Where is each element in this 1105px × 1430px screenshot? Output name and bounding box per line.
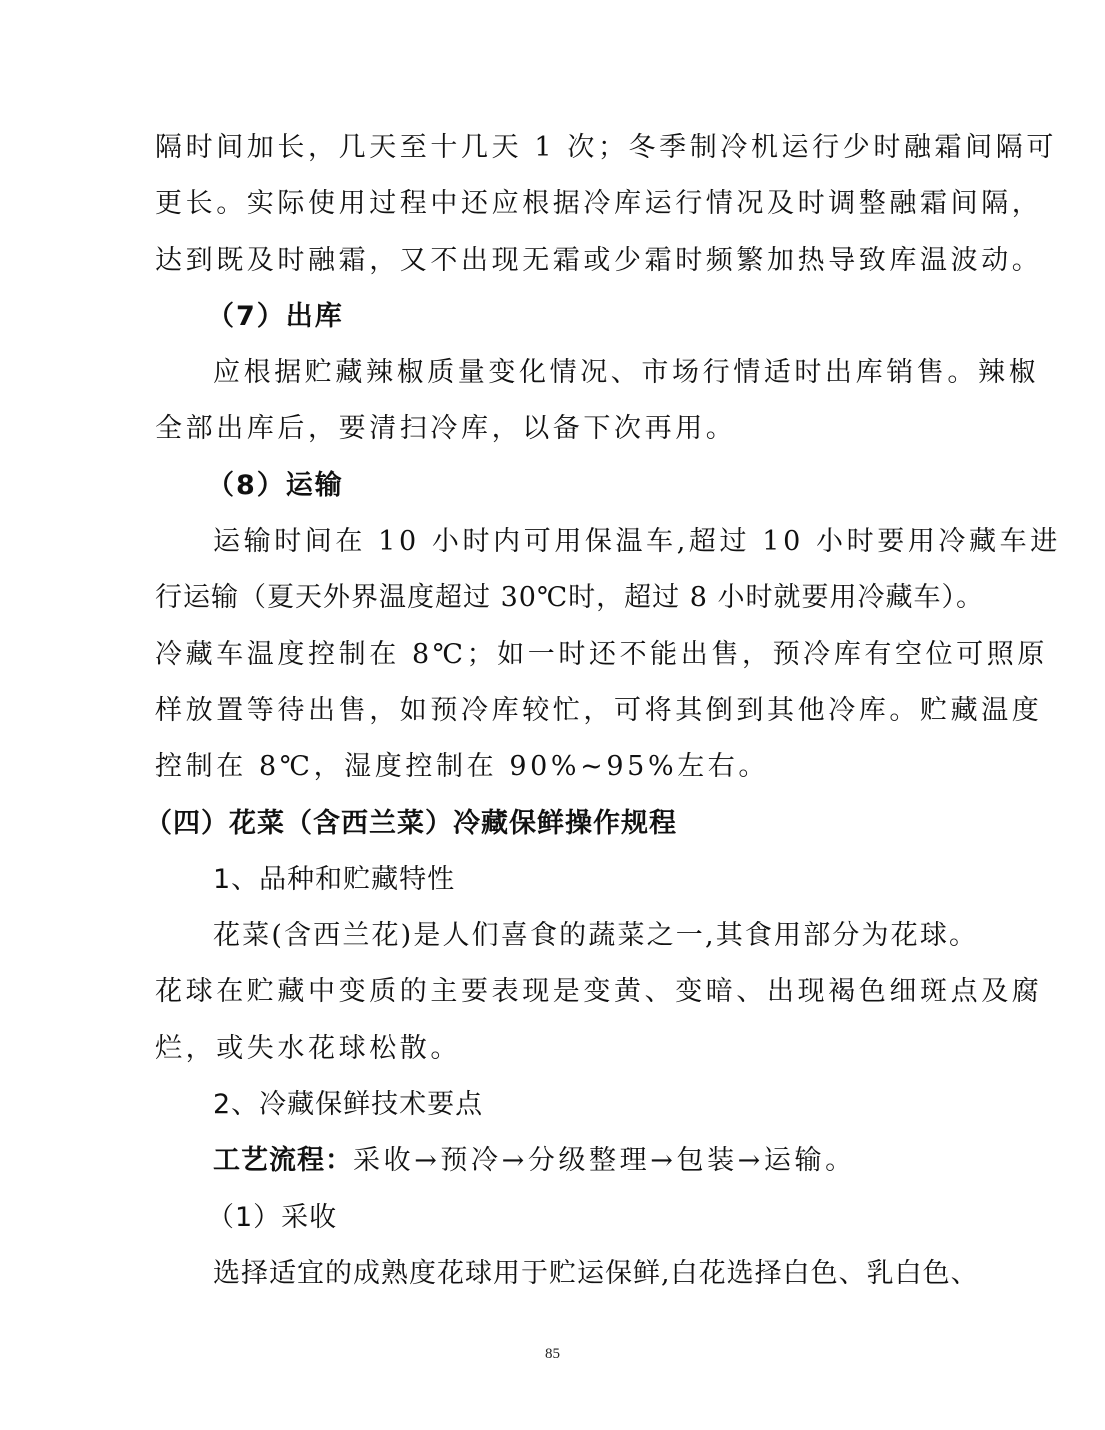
body-line: 隔时间加长，几天至十几天 1 次；冬季制冷机运行少时融霜间隔可	[155, 126, 977, 182]
section-heading-7: （7）出库	[155, 295, 977, 351]
body-line: 全部出库后，要清扫冷库，以备下次再用。	[155, 407, 977, 463]
body-line: 烂，或失水花球松散。	[155, 1027, 977, 1083]
chapter-heading: （四）花菜（含西兰菜）冷藏保鲜操作规程	[145, 802, 977, 858]
document-page: 隔时间加长，几天至十几天 1 次；冬季制冷机运行少时融霜间隔可 更长。实际使用过…	[155, 126, 977, 1308]
body-line: 花球在贮藏中变质的主要表现是变黄、变暗、出现褐色细斑点及腐	[155, 970, 977, 1026]
body-line: 运输时间在 10 小时内可用保温车,超过 10 小时要用冷藏车进	[155, 520, 977, 576]
subsection-heading-1: 1、品种和贮藏特性	[155, 858, 977, 914]
body-line: 选择适宜的成熟度花球用于贮运保鲜,白花选择白色、乳白色、	[155, 1252, 977, 1308]
step-heading-1: （1）采收	[155, 1196, 977, 1252]
body-line: 达到既及时融霜，又不出现无霜或少霜时频繁加热导致库温波动。	[155, 239, 977, 295]
process-steps: 采收→预冷→分级整理→包装→运输。	[353, 1145, 856, 1176]
process-label: 工艺流程：	[213, 1145, 353, 1176]
body-line: 行运输（夏天外界温度超过 30℃时，超过 8 小时就要用冷藏车）。	[155, 576, 977, 632]
body-line: 冷藏车温度控制在 8℃；如一时还不能出售，预冷库有空位可照原	[155, 633, 977, 689]
body-line: 样放置等待出售，如预冷库较忙，可将其倒到其他冷库。贮藏温度	[155, 689, 977, 745]
body-line: 更长。实际使用过程中还应根据冷库运行情况及时调整融霜间隔，	[155, 182, 977, 238]
process-flow-line: 工艺流程：采收→预冷→分级整理→包装→运输。	[155, 1139, 977, 1195]
body-line: 控制在 8℃，湿度控制在 90%~95%左右。	[155, 745, 977, 801]
section-heading-8: （8）运输	[155, 464, 977, 520]
body-line: 花菜(含西兰花)是人们喜食的蔬菜之一,其食用部分为花球。	[155, 914, 977, 970]
page-number: 85	[0, 1346, 1105, 1363]
body-line: 应根据贮藏辣椒质量变化情况、市场行情适时出库销售。辣椒	[155, 351, 977, 407]
subsection-heading-2: 2、冷藏保鲜技术要点	[155, 1083, 977, 1139]
